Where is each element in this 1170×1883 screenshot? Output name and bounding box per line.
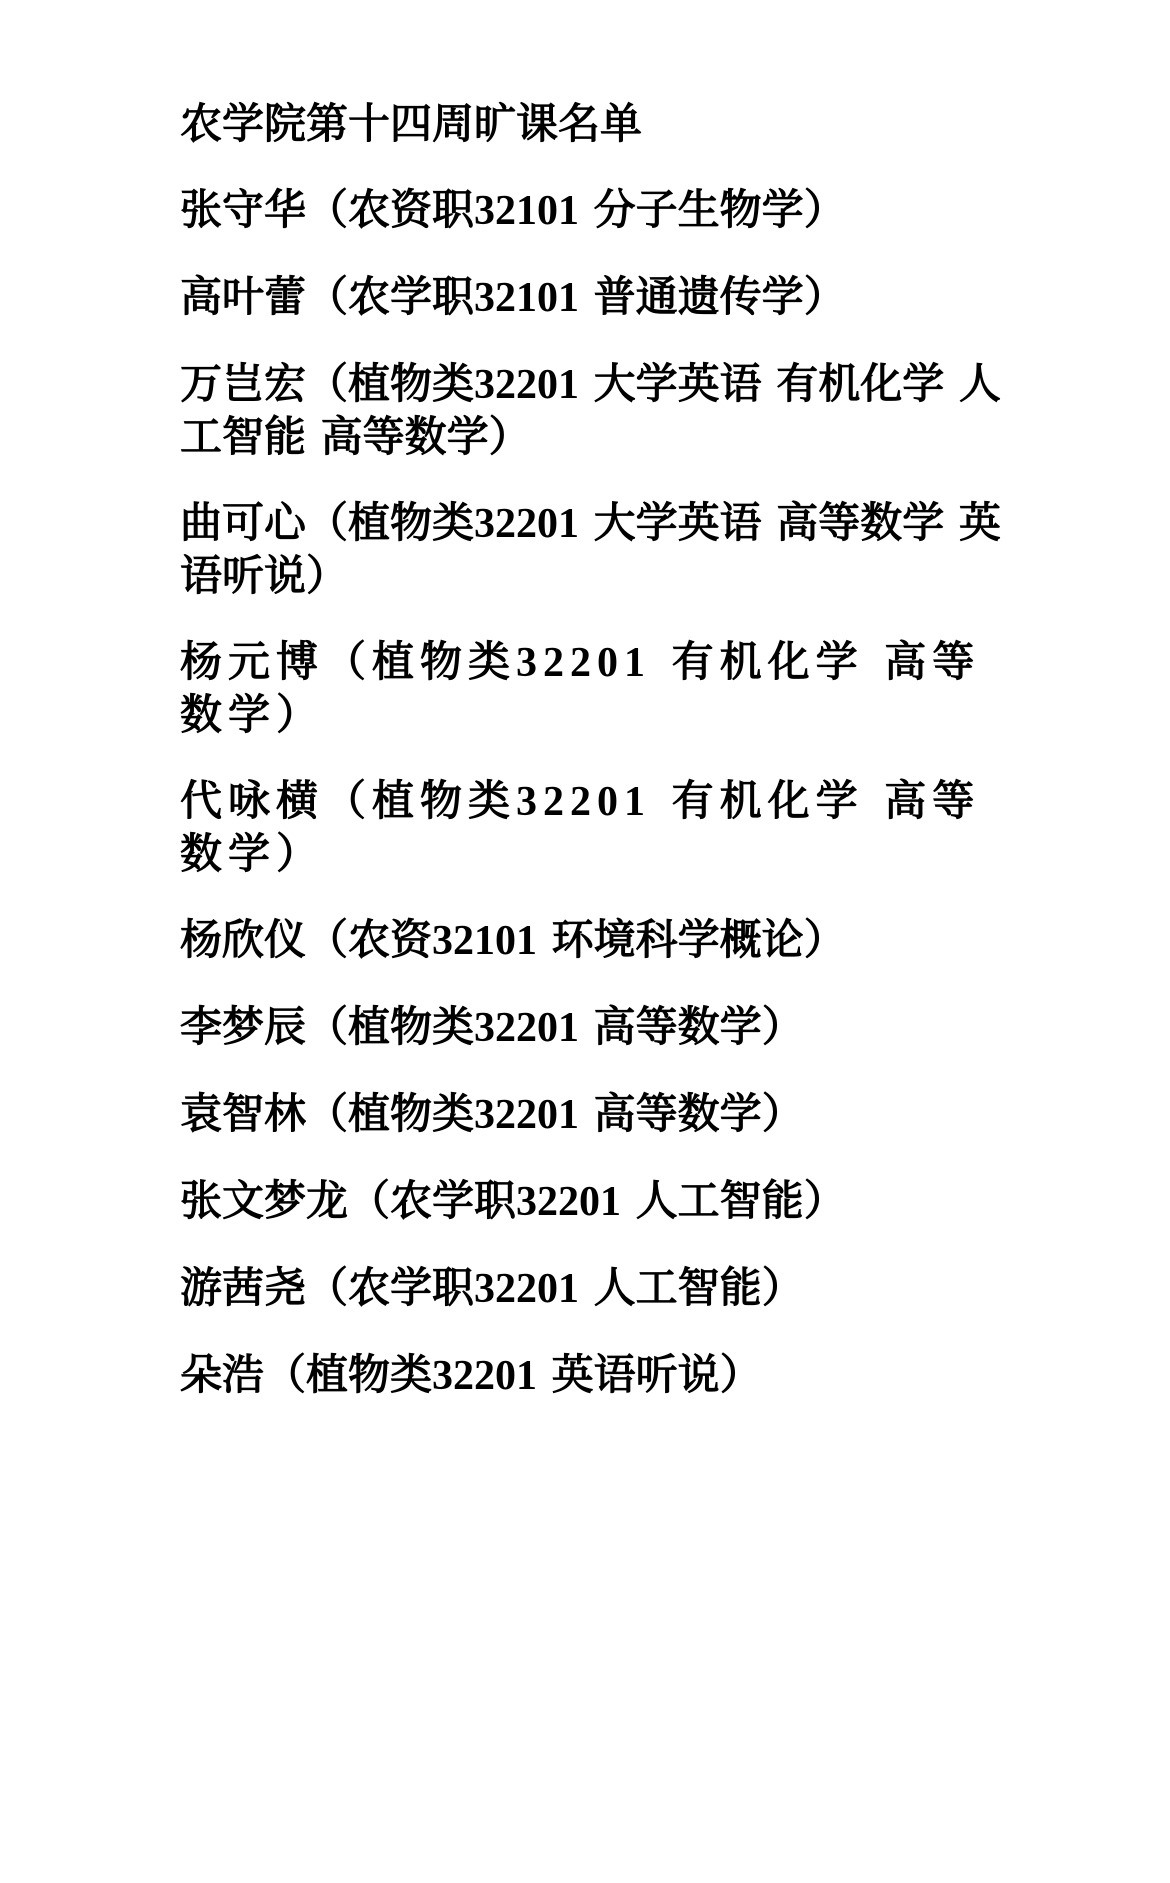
missed-courses: 分子生物学 — [594, 185, 804, 234]
class-prefix: 植物类 — [372, 637, 516, 686]
class-number: 32201 — [474, 1092, 579, 1138]
class-prefix: 植物类 — [348, 359, 474, 408]
student-name: 杨欣仪 — [180, 915, 306, 964]
absence-entry: 杨欣仪（农资32101 环境科学概论） — [180, 914, 1020, 967]
absence-entry: 张守华（农资职32101 分子生物学） — [180, 184, 1020, 237]
open-paren: （ — [348, 1176, 390, 1225]
class-number: 32201 — [474, 501, 579, 547]
open-paren: （ — [306, 272, 348, 321]
student-name: 曲可心 — [180, 498, 306, 547]
missed-courses: 高等数学 — [594, 1089, 762, 1138]
class-number: 32201 — [516, 779, 651, 825]
class-prefix: 农学职 — [390, 1176, 516, 1225]
class-prefix: 农资 — [348, 915, 432, 964]
student-name: 朵浩 — [180, 1350, 264, 1399]
absence-entry: 朵浩（植物类32201 英语听说） — [180, 1349, 1020, 1402]
close-paren: ） — [804, 1176, 846, 1225]
class-prefix: 植物类 — [372, 776, 516, 825]
close-paren: ） — [762, 1263, 804, 1312]
class-number: 32101 — [432, 918, 537, 964]
absence-entry: 游茜尧（农学职32201 人工智能） — [180, 1262, 1020, 1315]
class-number: 32201 — [432, 1353, 537, 1399]
class-number: 32201 — [516, 640, 651, 686]
class-number: 32201 — [474, 362, 579, 408]
close-paren: ） — [762, 1002, 804, 1051]
open-paren: （ — [324, 776, 372, 825]
close-paren: ） — [489, 412, 531, 461]
class-prefix: 植物类 — [348, 498, 474, 547]
absence-entry: 万岂宏（植物类32201 大学英语 有机化学 人工智能 高等数学） — [180, 358, 1020, 463]
document-title: 农学院第十四周旷课名单 — [180, 98, 1020, 150]
class-number: 32201 — [474, 1005, 579, 1051]
missed-courses: 高等数学 — [594, 1002, 762, 1051]
missed-courses: 人工智能 — [636, 1176, 804, 1225]
class-number: 32101 — [474, 188, 579, 234]
student-name: 代咏横 — [180, 776, 324, 825]
open-paren: （ — [306, 915, 348, 964]
open-paren: （ — [306, 1089, 348, 1138]
class-prefix: 植物类 — [306, 1350, 432, 1399]
missed-courses: 环境科学概论 — [552, 915, 804, 964]
absence-entry: 代咏横（植物类32201 有机化学 高等数学） — [180, 775, 1020, 880]
absence-entries: 张守华（农资职32101 分子生物学）高叶蕾（农学职32101 普通遗传学）万岂… — [180, 184, 1020, 1402]
absence-list-document: 农学院第十四周旷课名单 张守华（农资职32101 分子生物学）高叶蕾（农学职32… — [180, 98, 1020, 1436]
open-paren: （ — [306, 1002, 348, 1051]
class-prefix: 植物类 — [348, 1002, 474, 1051]
missed-courses: 普通遗传学 — [594, 272, 804, 321]
close-paren: ） — [804, 915, 846, 964]
missed-courses: 人工智能 — [594, 1263, 762, 1312]
close-paren: ） — [276, 829, 324, 878]
close-paren: ） — [804, 272, 846, 321]
close-paren: ） — [276, 690, 324, 739]
student-name: 万岂宏 — [180, 359, 306, 408]
student-name: 张守华 — [180, 185, 306, 234]
close-paren: ） — [306, 551, 348, 600]
student-name: 高叶蕾 — [180, 272, 306, 321]
student-name: 杨元博 — [180, 637, 324, 686]
absence-entry: 高叶蕾（农学职32101 普通遗传学） — [180, 271, 1020, 324]
absence-entry: 张文梦龙（农学职32201 人工智能） — [180, 1175, 1020, 1228]
class-number: 32101 — [474, 275, 579, 321]
absence-entry: 曲可心（植物类32201 大学英语 高等数学 英语听说） — [180, 497, 1020, 602]
close-paren: ） — [804, 185, 846, 234]
student-name: 游茜尧 — [180, 1263, 306, 1312]
class-prefix: 农学职 — [348, 272, 474, 321]
class-prefix: 农学职 — [348, 1263, 474, 1312]
close-paren: ） — [720, 1350, 762, 1399]
student-name: 李梦辰 — [180, 1002, 306, 1051]
class-number: 32201 — [516, 1179, 621, 1225]
class-prefix: 农资职 — [348, 185, 474, 234]
open-paren: （ — [264, 1350, 306, 1399]
student-name: 袁智林 — [180, 1089, 306, 1138]
class-prefix: 植物类 — [348, 1089, 474, 1138]
open-paren: （ — [306, 1263, 348, 1312]
absence-entry: 杨元博（植物类32201 有机化学 高等数学） — [180, 636, 1020, 741]
close-paren: ） — [762, 1089, 804, 1138]
absence-entry: 李梦辰（植物类32201 高等数学） — [180, 1001, 1020, 1054]
missed-courses: 英语听说 — [552, 1350, 720, 1399]
open-paren: （ — [306, 185, 348, 234]
class-number: 32201 — [474, 1266, 579, 1312]
open-paren: （ — [306, 359, 348, 408]
absence-entry: 袁智林（植物类32201 高等数学） — [180, 1088, 1020, 1141]
open-paren: （ — [324, 637, 372, 686]
student-name: 张文梦龙 — [180, 1176, 348, 1225]
open-paren: （ — [306, 498, 348, 547]
